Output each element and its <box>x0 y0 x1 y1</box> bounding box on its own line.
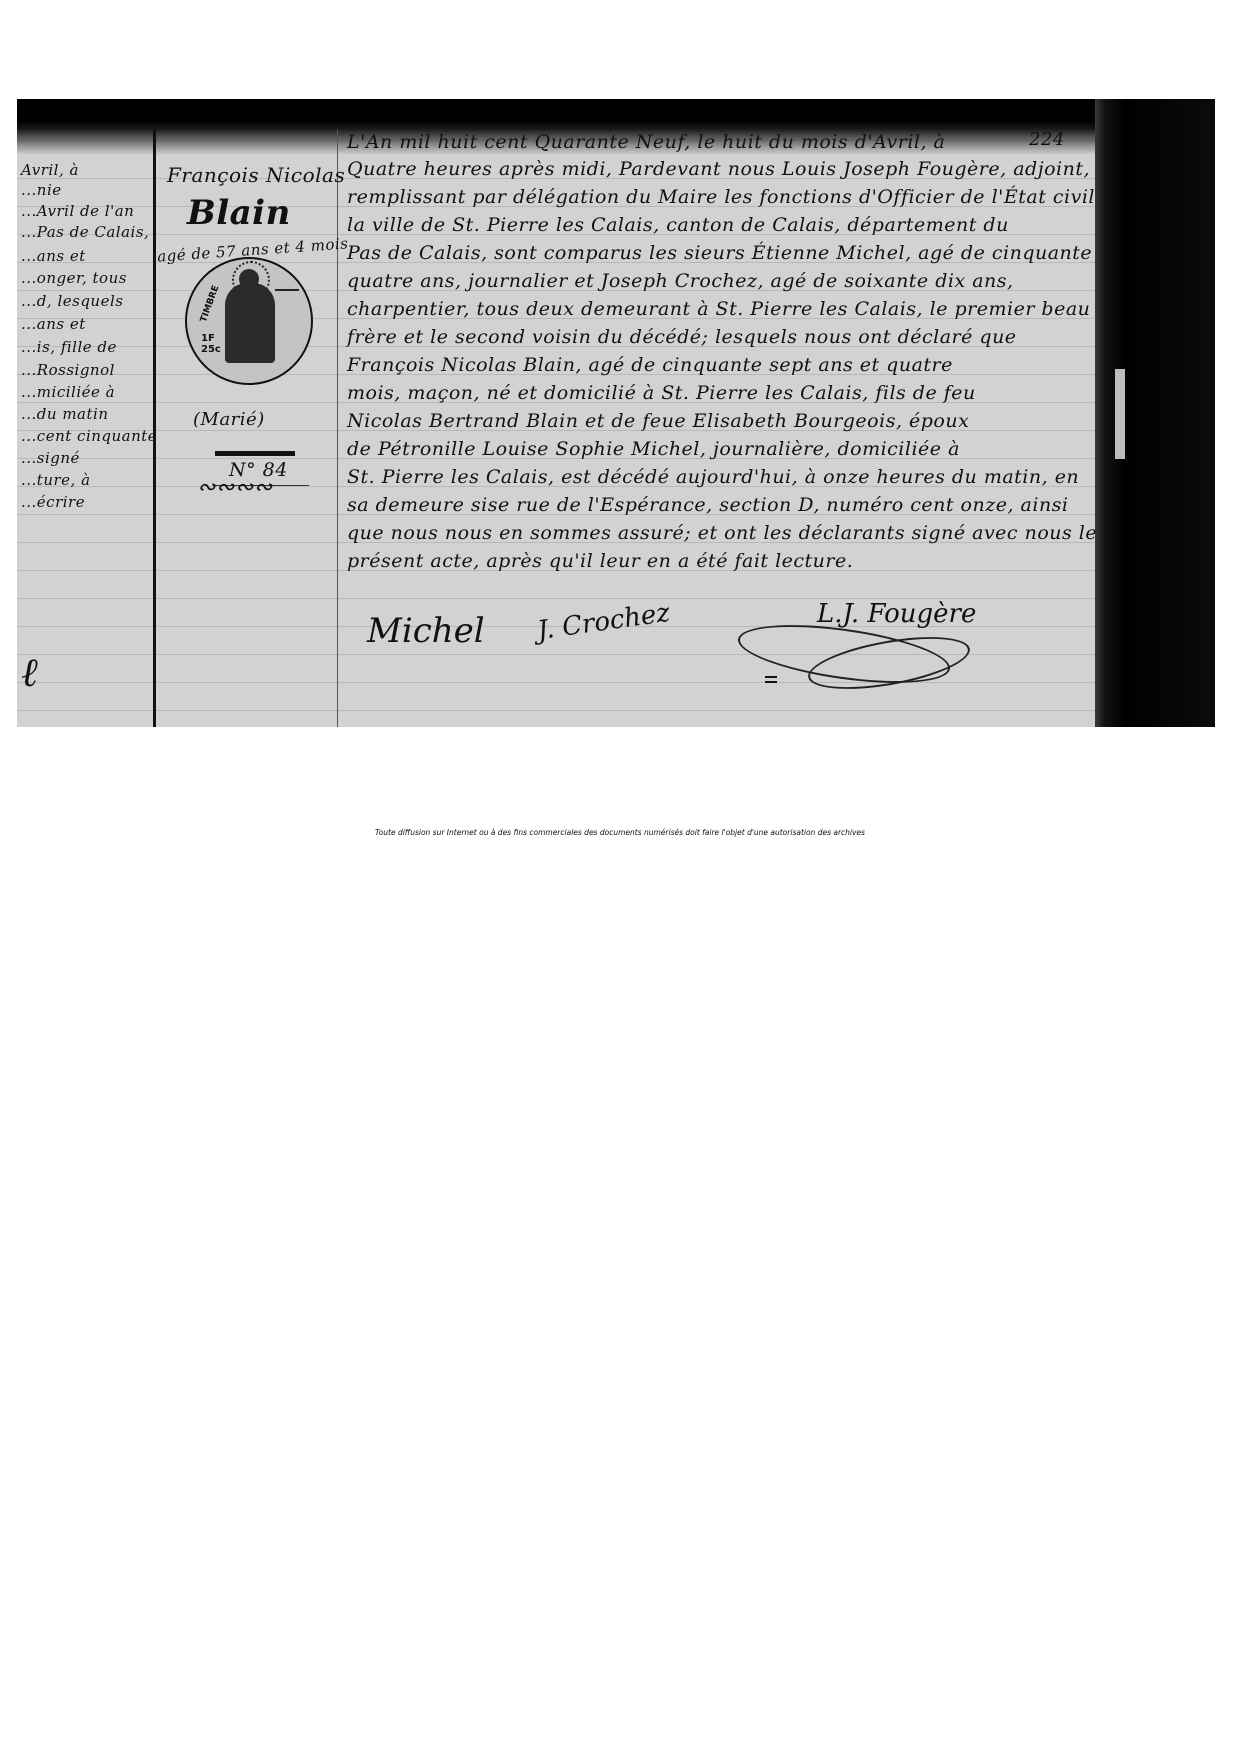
fragment-line: ...ture, à <box>21 471 91 489</box>
body-margin-line <box>337 129 338 727</box>
body-line: L'An mil huit cent Quarante Neuf, le hui… <box>347 131 945 153</box>
signature-michel: Michel <box>367 611 485 651</box>
body-line: Quatre heures après midi, Pardevant nous… <box>347 158 1090 180</box>
fragment-flourish: ℓ <box>21 649 38 696</box>
body-line: François Nicolas Blain, agé de cinquante… <box>347 354 953 376</box>
body-line: frère et le second voisin du décédé; les… <box>347 326 1017 348</box>
body-line: Nicolas Bertrand Blain et de feue Elisab… <box>347 410 969 432</box>
scales-of-justice-icon <box>275 289 299 291</box>
fragment-line: ...Avril de l'an <box>21 202 134 220</box>
fragment-line: ...cent cinquante <box>21 427 157 445</box>
copyright-notice: Toute diffusion sur Internet ou à des fi… <box>0 828 1240 837</box>
body-line: la ville de St. Pierre les Calais, canto… <box>347 214 1009 236</box>
stamp-value: 1F 25c <box>201 333 223 355</box>
fragment-line: ...signé <box>21 449 80 467</box>
body-line: mois, maçon, né et domicilié à St. Pierr… <box>347 382 976 404</box>
margin-status-note: (Marié) <box>193 409 265 430</box>
folio-number: 224 <box>1029 129 1065 150</box>
fragment-line: Avril, à <box>21 161 79 179</box>
register-page: Avril, à ...nie ...Avril de l'an ...Pas … <box>17 129 1095 727</box>
body-line: remplissant par délégation du Maire les … <box>347 186 1126 208</box>
fragment-line: ...écrire <box>21 493 85 511</box>
dash-mark <box>765 676 777 678</box>
fragment-line: ...Pas de Calais, <box>21 223 149 241</box>
body-line: que nous nous en sommes assuré; et ont l… <box>347 522 1097 544</box>
margin-given-names: François Nicolas <box>167 163 345 187</box>
fragment-line: ...nie <box>21 181 62 199</box>
fragment-line: ...ans et <box>21 247 86 265</box>
body-line: présent acte, après qu'il leur en a été … <box>347 550 853 572</box>
tax-stamp: TIMBRE 1F 25c <box>185 257 313 385</box>
body-line: Pas de Calais, sont comparus les sieurs … <box>347 242 1092 264</box>
fragment-line: ...onger, tous <box>21 269 127 287</box>
dash-mark <box>765 681 777 683</box>
body-line: charpentier, tous deux demeurant à St. P… <box>347 298 1090 320</box>
book-binding-shadow <box>1095 99 1215 727</box>
body-line: de Pétronille Louise Sophie Michel, jour… <box>347 438 960 460</box>
fragment-line: ...is, fille de <box>21 338 117 356</box>
margin-surname: Blain <box>187 193 291 233</box>
fragment-line: ...miciliée à <box>21 383 115 401</box>
binding-highlight <box>1115 369 1125 459</box>
double-rule <box>215 451 295 456</box>
flourish-ornament-icon: ∾∾∾∾ <box>197 475 273 500</box>
signature-fougere: L.J. Fougère <box>817 599 976 629</box>
stamp-label: TIMBRE <box>199 284 222 323</box>
scanned-register-image: Avril, à ...nie ...Avril de l'an ...Pas … <box>17 99 1215 727</box>
fragment-line: ...d, lesquels <box>21 292 123 310</box>
body-line: quatre ans, journalier et Joseph Crochez… <box>347 270 1014 292</box>
fragment-line: ...ans et <box>21 315 86 333</box>
fragment-line: ...Rossignol <box>21 361 115 379</box>
fragment-line: ...du matin <box>21 405 109 423</box>
body-line: St. Pierre les Calais, est décédé aujour… <box>347 466 1079 488</box>
signature-crochez: J. Crochez <box>536 598 672 646</box>
body-line: sa demeure sise rue de l'Espérance, sect… <box>347 494 1069 516</box>
seated-liberty-figure-icon <box>225 283 275 363</box>
